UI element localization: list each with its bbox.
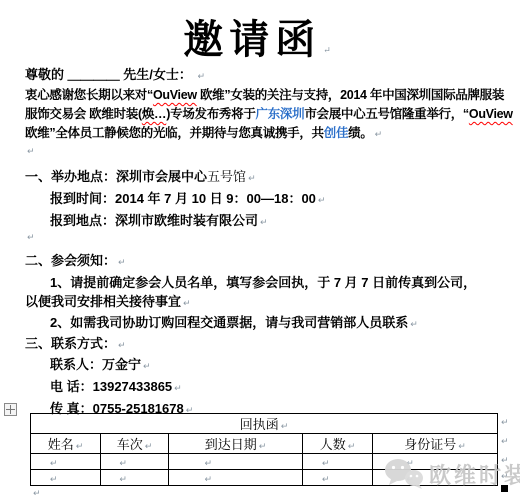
section1-time-line: 报到时间：2014 年 7 月 10 日 9：00—18：00↵ — [50, 188, 325, 207]
paragraph-mark: ↵ — [174, 383, 182, 393]
document-title: 邀请函↵ — [0, 8, 520, 65]
paragraph-mark: ↵ — [183, 298, 191, 308]
header-cell-arrival-date: 到达日期↵ — [169, 434, 303, 454]
paragraph-mark: ↵ — [145, 441, 153, 451]
paragraph-mark: ↵ — [118, 340, 126, 350]
paragraph-mark: ↵ — [76, 441, 84, 451]
paragraph-mark: ↵ — [406, 474, 414, 484]
paragraph-mark: ↵ — [323, 45, 337, 55]
empty-cell[interactable]: ↵ — [303, 454, 373, 470]
paragraph-mark: ↵ — [260, 217, 268, 227]
salutation-prefix: 尊敬的 — [25, 67, 64, 82]
table-move-handle[interactable] — [4, 403, 17, 416]
salutation-line: 尊敬的 ＿＿＿＿ 先生/女士： ↵ — [25, 64, 205, 83]
table-caption-cell: 回执函↵ — [31, 414, 498, 434]
intro-line-2: 服饰交易会 欧维时装(焕…)专场发布秀将于广东深圳市会展中心五号馆隆重举行，“O… — [25, 104, 513, 122]
salutation-blank-underline[interactable]: ＿＿＿＿ — [68, 67, 120, 82]
paragraph-mark: ↵ — [458, 441, 466, 451]
spellcheck-word: OuView — [469, 107, 513, 121]
header-cell-id-number: 身份证号↵ — [373, 434, 498, 454]
paragraph-mark: ↵ — [205, 458, 213, 468]
move-crosshair-icon — [6, 405, 15, 414]
header-cell-train: 车次↵ — [101, 434, 169, 454]
contact-person-name: 万金宁 — [102, 357, 141, 372]
paragraph-mark: ↵ — [259, 441, 267, 451]
paragraph-mark: ↵ — [118, 257, 126, 267]
salutation-suffix: 先生/女士： — [123, 67, 192, 82]
intro-line-3: 欧维”全体员工静候您的光临，并期待与您真诚携手，共创佳绩。↵ — [25, 123, 382, 141]
empty-cell[interactable]: ↵ — [169, 470, 303, 486]
section1-heading: 一、举办地点：深圳市会展中心五号馆↵ — [25, 166, 256, 185]
paragraph-mark: ↵ — [348, 441, 356, 451]
paragraph-mark: ↵ — [205, 474, 213, 484]
section3-heading: 三、联系方式：↵ — [25, 333, 126, 352]
paragraph-mark: ↵ — [33, 488, 41, 499]
paragraph-mark: ↵ — [501, 436, 509, 447]
empty-cell[interactable]: ↵ — [373, 470, 498, 486]
paragraph-mark: ↵ — [322, 458, 330, 468]
paragraph-mark: ↵ — [406, 458, 414, 468]
section1-place-line: 报到地点：深圳市欧维时装有限公司↵ — [50, 210, 268, 229]
section2-heading: 二、参会须知：↵ — [25, 250, 126, 269]
paragraph-mark: ↵ — [501, 471, 509, 482]
spellcheck-word: 焕… — [142, 107, 166, 121]
header-cell-people-count: 人数↵ — [303, 434, 373, 454]
paragraph-mark: ↵ — [410, 319, 418, 329]
table-caption-row: 回执函↵ — [31, 414, 498, 434]
paragraph-mark: ↵ — [501, 455, 509, 466]
paragraph-mark: ↵ — [119, 474, 127, 484]
venue-hall-text: 五号馆 — [207, 169, 246, 184]
empty-cell[interactable]: ↵ — [31, 454, 101, 470]
paragraph-mark: ↵ — [318, 195, 326, 205]
table-empty-row: ↵ ↵ ↵ ↵ ↵ — [31, 470, 498, 486]
empty-cell[interactable]: ↵ — [101, 470, 169, 486]
document-page: 邀请函↵ 尊敬的 ＿＿＿＿ 先生/女士： ↵ 衷心感谢您长期以来对“OuView… — [0, 0, 520, 500]
document-title-text: 邀请函 — [183, 17, 321, 62]
spellcheck-word: OuView — [153, 88, 197, 102]
paragraph-mark: ↵ — [143, 361, 151, 371]
section2-item1-line2: 以便我司安排相关接待事宜↵ — [25, 291, 191, 310]
paragraph-mark: ↵ — [281, 421, 289, 431]
hyperlink-chuangjia[interactable]: 创佳 — [324, 126, 348, 140]
section2-item1-line1: 1、请提前确定参会人员名单，填写参会回执，于 7 月 7 日前传真到公司， — [50, 272, 476, 291]
empty-cell[interactable]: ↵ — [373, 454, 498, 470]
paragraph-mark: ↵ — [119, 458, 127, 468]
phone-line: 电 话：13927433865↵ — [50, 376, 182, 395]
header-cell-name: 姓名↵ — [31, 434, 101, 454]
table-resize-handle[interactable] — [501, 485, 508, 492]
contact-person-line: 联系人：万金宁↵ — [50, 354, 151, 373]
empty-cell[interactable]: ↵ — [303, 470, 373, 486]
paragraph-mark: ↵ — [322, 474, 330, 484]
paragraph-mark: ↵ — [50, 458, 58, 468]
empty-cell[interactable]: ↵ — [101, 454, 169, 470]
paragraph-mark: ↵ — [50, 474, 58, 484]
paragraph-mark: ↵ — [198, 71, 206, 81]
intro-line-1: 衷心感谢您长期以来对“OuView 欧维”女装的关注与支持，2014 年中国深圳… — [25, 85, 504, 103]
paragraph-mark: ↵ — [375, 129, 382, 139]
hyperlink-guangdong-shenzhen[interactable]: 广东深圳 — [256, 107, 305, 121]
paragraph-mark: ↵ — [248, 173, 256, 183]
paragraph-mark: ↵ — [27, 146, 35, 157]
empty-cell[interactable]: ↵ — [169, 454, 303, 470]
table-empty-row: ↵ ↵ ↵ ↵ ↵ — [31, 454, 498, 470]
phone-number: 13927433865 — [93, 379, 173, 394]
table-header-row: 姓名↵ 车次↵ 到达日期↵ 人数↵ 身份证号↵ — [31, 434, 498, 454]
reply-form-table: 回执函↵ 姓名↵ 车次↵ 到达日期↵ 人数↵ 身份证号↵ ↵ ↵ ↵ ↵ ↵ ↵… — [30, 413, 498, 486]
paragraph-mark: ↵ — [501, 417, 509, 428]
empty-cell[interactable]: ↵ — [31, 470, 101, 486]
section2-item2: 2、如需我司协助订购回程交通票据，请与我司营销部人员联系↵ — [50, 312, 418, 331]
paragraph-mark: ↵ — [27, 232, 35, 243]
